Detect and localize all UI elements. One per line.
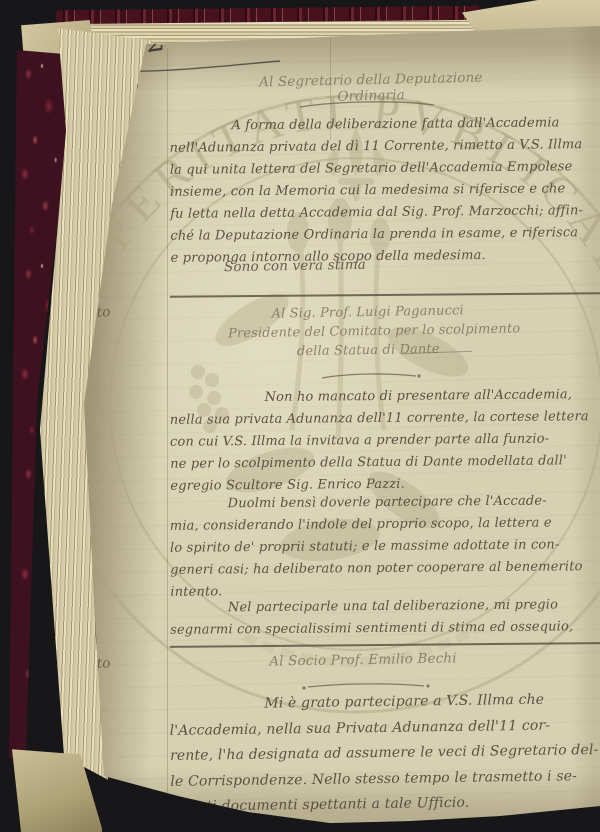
letter-2-body: Duolmi bensì doverle partecipare che l'A…: [170, 490, 585, 604]
letter-1-closing: Sono con vera stima: [224, 257, 366, 275]
manuscript-line: guenti documenti spettanti a tale Uffici…: [171, 789, 591, 820]
letter-2-body: Nel parteciparle una tal deliberazione, …: [170, 594, 584, 642]
manuscript-line: generi casi; ha deliberato non poter coo…: [170, 556, 584, 582]
letter-2-heading: Al Sig. Prof. Luigi Paganucci Presidente…: [228, 301, 509, 363]
manuscript-line: segnarmi con specialissimi sentimenti di…: [170, 616, 584, 642]
manuscript-line: ché la Deputazione Ordinaria la prenda i…: [170, 222, 584, 248]
letter-2-body: Non ho mancato di presentare all'Accadem…: [170, 384, 585, 498]
manuscript-line: ne per lo scolpimento della Statua di Da…: [170, 450, 584, 476]
letter-1-heading: Al Segretario della Deputazione Ordinari…: [226, 69, 517, 107]
letter-3-body: Mi è grato partecipare a V.S. Illma che …: [169, 687, 591, 820]
margin-rule-line: [167, 48, 168, 814]
section-separator: [170, 292, 600, 297]
letter-1-body: A forma della deliberazione fatta dall'A…: [169, 112, 584, 270]
section-separator: [170, 642, 600, 647]
manuscript-scan: PROSPERITATI PVBLICAE: [0, 0, 600, 832]
letter-3-heading: Al Socio Prof. Emilio Bechi: [238, 650, 488, 670]
heading-2-flourish: [320, 370, 424, 382]
